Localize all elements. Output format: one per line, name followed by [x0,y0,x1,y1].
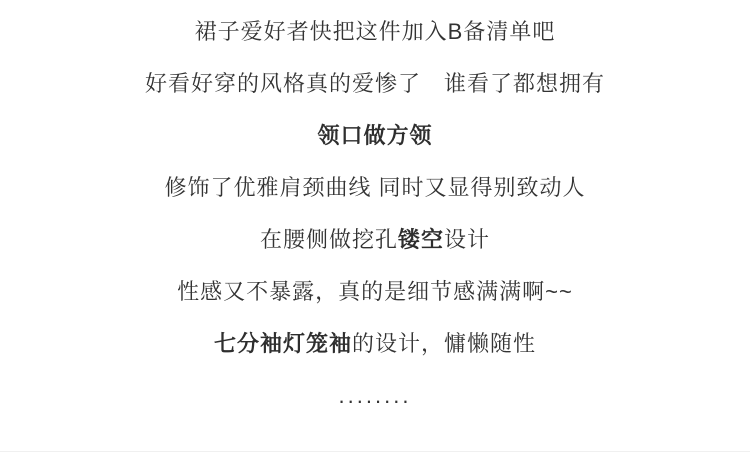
description-line-7: 七分袖灯笼袖的设计，慵懒随性 [0,332,750,355]
text-segment: 性感又不暴露，真的是细节感满满啊~~ [177,279,573,304]
description-line-3: 领口做方领 [0,124,750,147]
description-line-4: 修饰了优雅肩颈曲线 同时又显得别致动人 [0,176,750,199]
description-line-2: 好看好穿的风格真的爱惨了 谁看了都想拥有 [0,72,750,95]
text-segment: 修饰了优雅肩颈曲线 同时又显得别致动人 [164,175,585,200]
description-line-6: 性感又不暴露，真的是细节感满满啊~~ [0,280,750,303]
text-segment-bold: 领口做方领 [317,123,432,148]
product-description-page: 裙子爱好者快把这件加入B备清单吧 好看好穿的风格真的爱惨了 谁看了都想拥有 领口… [0,0,750,452]
text-segment-bold: 镂空 [398,227,444,252]
description-line-5: 在腰侧做挖孔镂空设计 [0,228,750,251]
description-text-block: 裙子爱好者快把这件加入B备清单吧 好看好穿的风格真的爱惨了 谁看了都想拥有 领口… [0,0,750,407]
text-segment: 的设计，慵懒随性 [352,331,536,356]
description-line-1: 裙子爱好者快把这件加入B备清单吧 [0,20,750,43]
text-segment: 设计 [444,227,490,252]
text-segment: 在腰侧做挖孔 [260,227,398,252]
text-segment: 裙子爱好者快把这件加入B备清单吧 [195,19,556,44]
text-segment-bold: 七分袖灯笼袖 [214,331,352,356]
ellipsis-dots: ........ [0,384,750,407]
text-segment: ........ [339,383,412,408]
text-segment: 好看好穿的风格真的爱惨了 谁看了都想拥有 [145,71,605,96]
